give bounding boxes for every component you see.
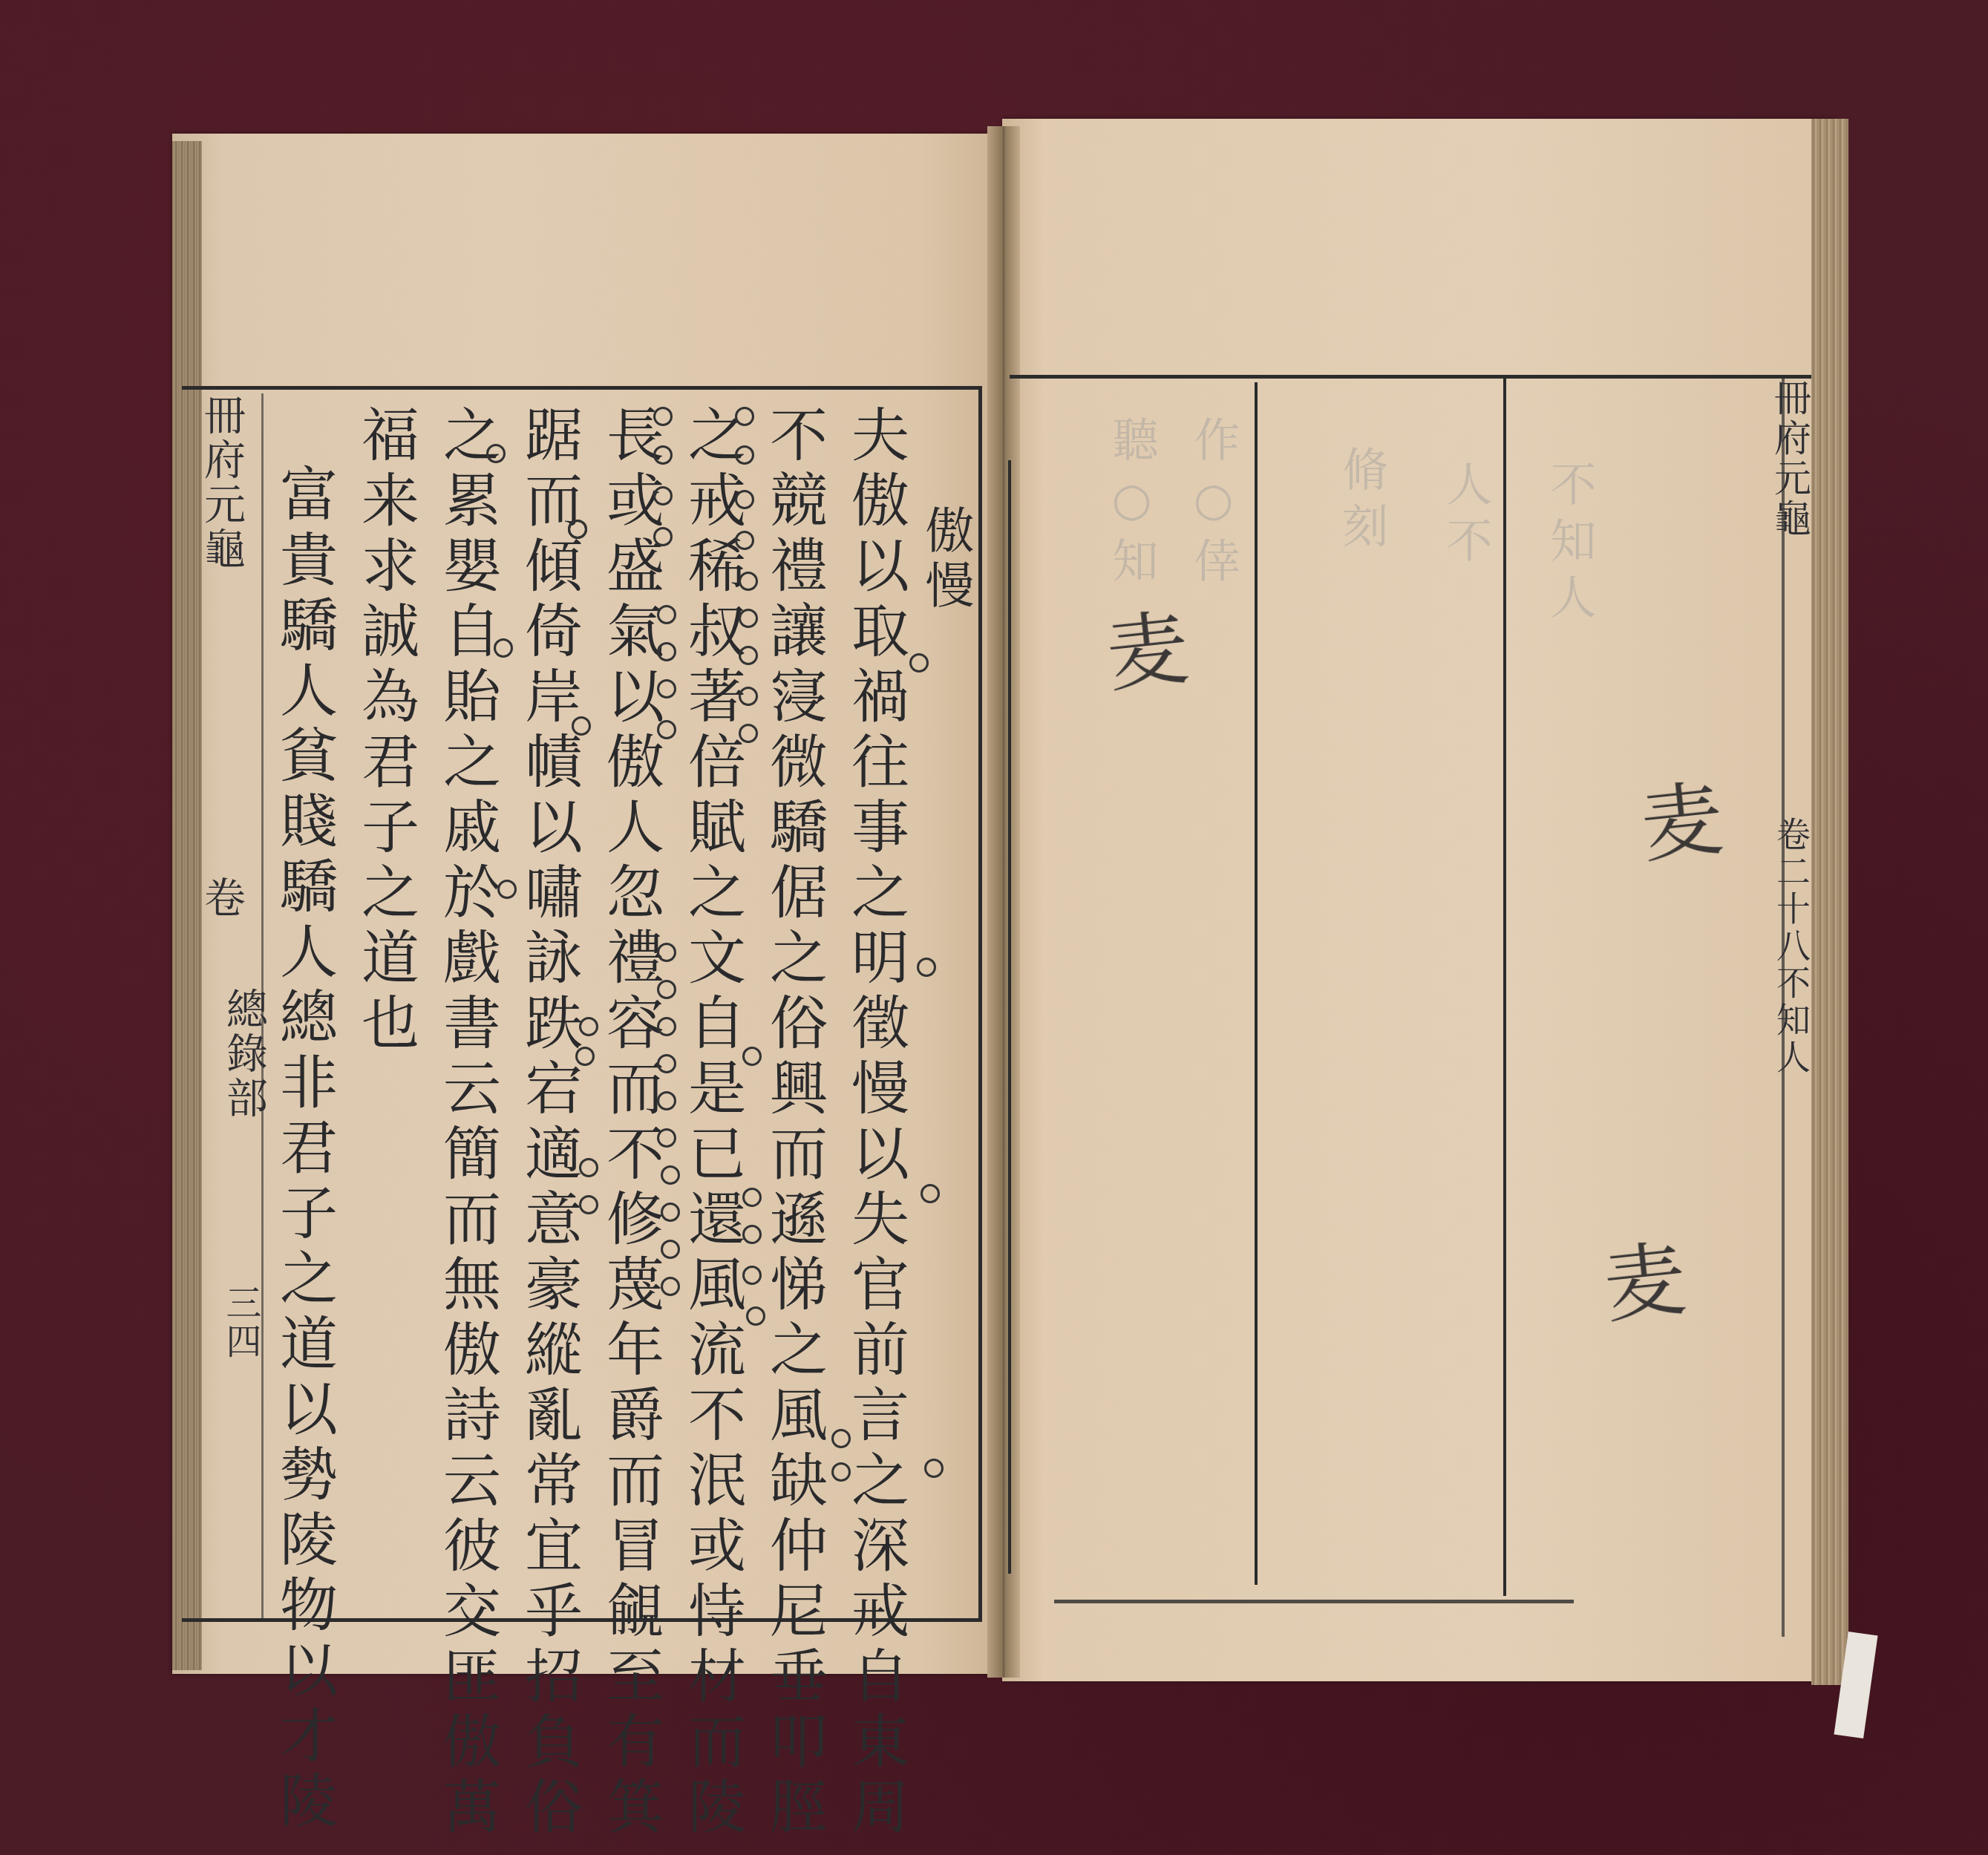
right-column-divider-1 xyxy=(1255,382,1258,1585)
tone-circle xyxy=(735,490,754,509)
left-edge-page-number: 三四 xyxy=(215,1284,267,1361)
tone-circle xyxy=(735,445,754,465)
tone-circle xyxy=(735,531,754,550)
text-column-5: 踞而傾倚岸幘以嘯詠跌宕適意豪縱亂常宜乎招負俗 xyxy=(520,405,578,1842)
tone-circle xyxy=(921,1184,940,1203)
text-column-4: 長或盛氣以傲人忽禮容而不修蔑年爵而冒覦至有箕 xyxy=(601,405,659,1842)
tone-circle xyxy=(657,943,676,962)
tone-circle xyxy=(568,520,587,539)
left-top-frame-line xyxy=(182,386,980,390)
tone-circle xyxy=(742,1225,762,1244)
ink-stamp-mark: 麦 xyxy=(1100,583,1194,708)
text-column-2: 不競禮讓寖微驕倨之俗興而遜悌之風缺仲尼垂叩脛 xyxy=(765,405,823,1842)
tone-circle xyxy=(653,486,673,506)
show-through-text: 聽○知 xyxy=(1099,416,1165,593)
tone-circle xyxy=(486,444,506,463)
show-through-text: 作○倖 xyxy=(1180,416,1246,593)
left-edge-title: 冊府元龜 xyxy=(192,393,251,572)
tone-circle xyxy=(739,609,758,628)
right-top-frame-line xyxy=(1010,375,1811,379)
left-edge-volume: 卷 xyxy=(192,876,251,920)
right-edge-label: 卷二十八不知人 xyxy=(1767,817,1816,1076)
right-page xyxy=(1002,119,1834,1681)
tone-circle xyxy=(575,1047,595,1066)
tone-circle xyxy=(742,1047,762,1066)
tone-circle xyxy=(909,653,929,673)
ink-stamp-mark: 麦 xyxy=(1598,1214,1691,1339)
tone-circle xyxy=(661,1240,680,1259)
tone-circle xyxy=(657,980,676,999)
right-page-inner-frame xyxy=(1008,460,1011,1574)
tone-circle xyxy=(653,445,673,465)
tone-circle xyxy=(661,1203,680,1222)
text-column-8: 富貴驕人貧賤驕人總非君子之道以勢陵物以才陵 xyxy=(275,464,333,1836)
tone-circle xyxy=(657,642,676,661)
tone-circle xyxy=(831,1462,851,1482)
tone-circle xyxy=(739,646,758,665)
show-through-text: 不知人 xyxy=(1537,460,1603,629)
left-edge-section: 總錄部 xyxy=(214,987,273,1121)
tone-circle xyxy=(657,1128,676,1148)
tone-circle xyxy=(653,407,673,426)
tone-circle xyxy=(735,407,754,426)
text-column-6: 之累嬰自貽之戚於戲書云簡而無傲詩云彼交匪傲萬 xyxy=(438,405,496,1842)
tone-circle xyxy=(579,1195,598,1214)
text-column-7: 福来求誠為君子之道也 xyxy=(356,405,414,1058)
tone-circle xyxy=(657,605,676,624)
tone-circle xyxy=(831,1429,851,1448)
text-column-1: 夫傲以取禍往事之明徵慢以失官前言之深戒自東周 xyxy=(846,405,904,1842)
show-through-text: 人不 xyxy=(1433,460,1499,573)
tone-circle xyxy=(917,958,936,977)
left-outer-frame-line xyxy=(978,386,982,1622)
right-column-divider-2 xyxy=(1503,379,1506,1596)
tone-circle xyxy=(739,687,758,706)
tone-circle xyxy=(657,1091,676,1110)
tone-circle xyxy=(742,1188,762,1207)
tone-circle xyxy=(572,716,591,736)
tone-circle xyxy=(739,724,758,743)
tone-circle xyxy=(739,572,758,591)
show-through-text: 脩刻 xyxy=(1329,445,1395,558)
tone-circle xyxy=(579,1017,598,1036)
section-title: 傲慢 xyxy=(921,505,970,615)
tone-circle xyxy=(742,1266,762,1285)
tone-circle xyxy=(661,1165,680,1185)
tone-circle xyxy=(497,880,517,899)
text-column-3: 之戒稀叔著倍賦之文自是已還風流不泯或恃材而陵 xyxy=(683,405,741,1842)
tone-circle xyxy=(494,638,513,658)
tone-circle xyxy=(653,527,673,546)
right-bottom-frame-line xyxy=(1054,1600,1574,1603)
tone-circle xyxy=(661,1277,680,1296)
tone-circle xyxy=(657,720,676,739)
ink-stamp-mark: 麦 xyxy=(1635,753,1728,879)
right-edge-title: 冊府元龜 xyxy=(1763,379,1817,539)
tone-circle xyxy=(657,1054,676,1073)
tone-circle xyxy=(579,1158,598,1177)
tone-circle xyxy=(657,1017,676,1036)
tone-circle xyxy=(924,1459,944,1478)
book-gutter xyxy=(987,126,1020,1678)
tone-circle xyxy=(746,1306,765,1326)
right-page-edge xyxy=(1811,119,1848,1685)
tone-circle xyxy=(657,679,676,699)
